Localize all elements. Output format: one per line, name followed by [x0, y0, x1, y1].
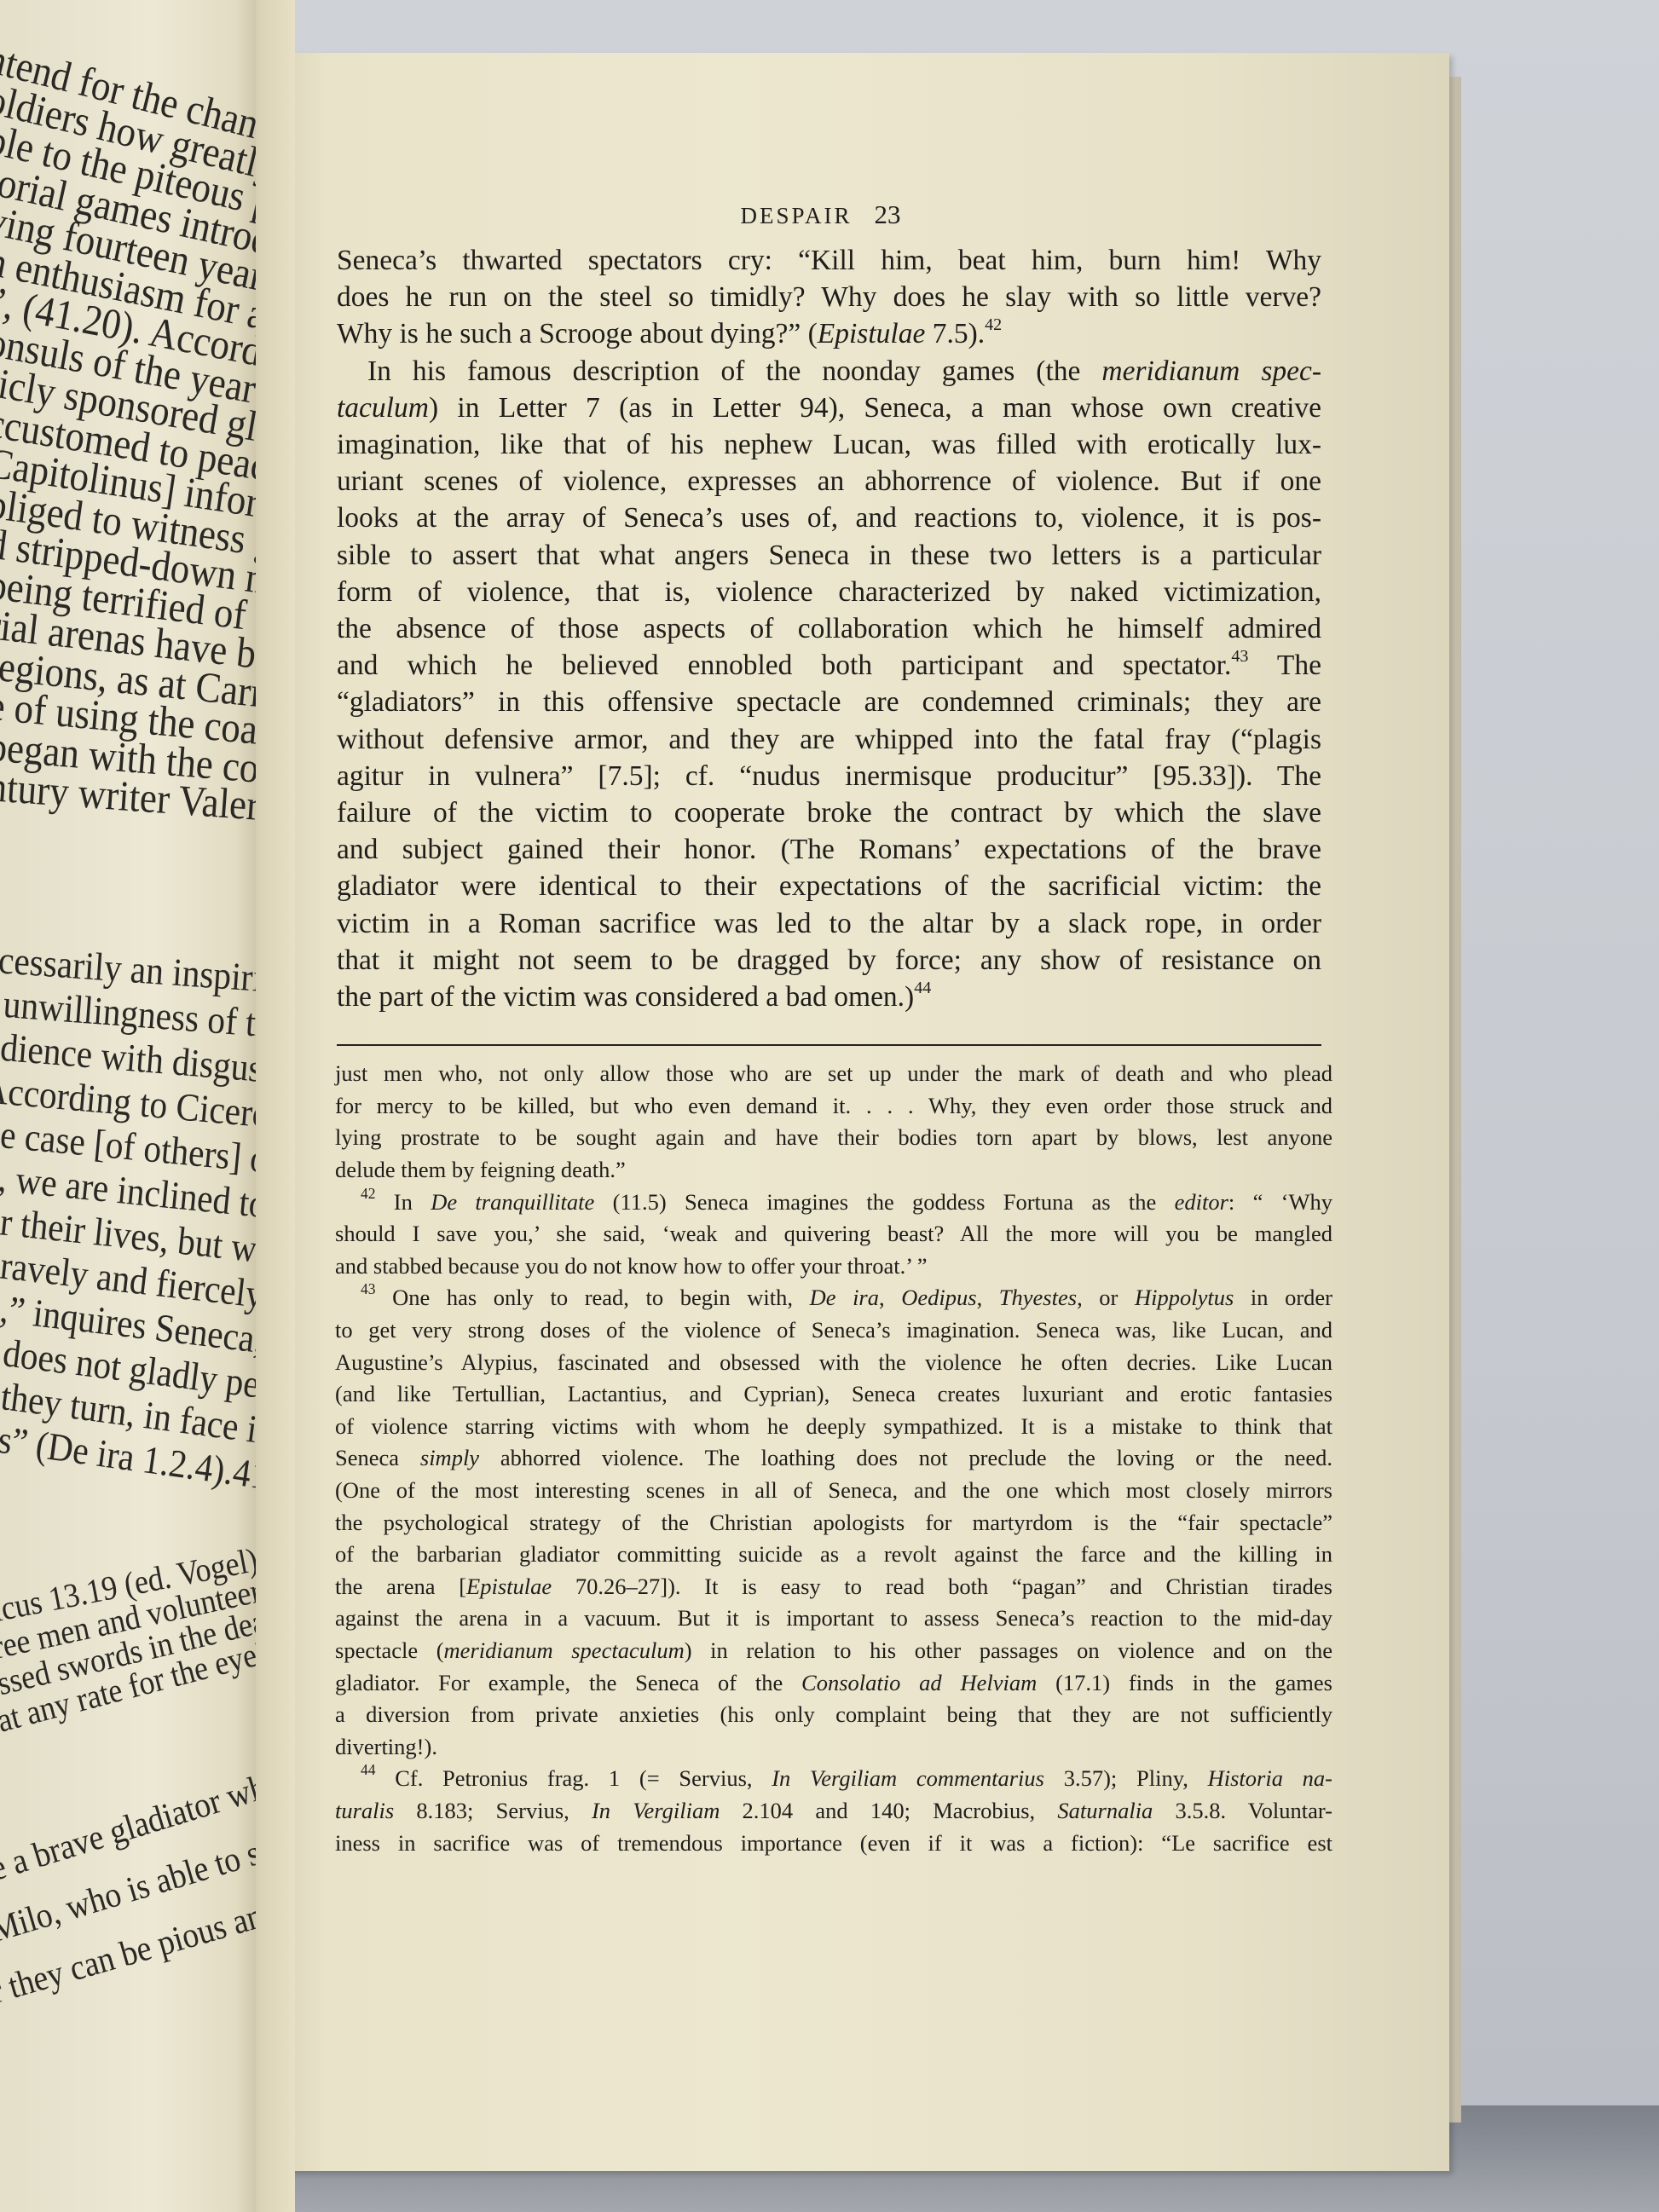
text-line: that it might not seem to be dragged by … [337, 942, 1321, 979]
text-line: and subject gained their honor. (The Rom… [337, 831, 1321, 868]
text-line: looks at the array of Seneca’s uses of, … [337, 500, 1321, 536]
text-line: uriant scenes of violence, expresses an … [337, 463, 1321, 500]
footnote-ref-43[interactable]: 43 [1231, 647, 1248, 666]
footnote-number: 42 [361, 1185, 375, 1202]
work-title: Epistulae [818, 318, 926, 349]
text-line: form of violence, that is, violence char… [337, 574, 1321, 610]
text-line: without defensive armor, and they are wh… [337, 721, 1321, 758]
note-line: of violence starring victims with whom h… [335, 1411, 1332, 1443]
note-line: 42 In De tranquillitate (11.5) Seneca im… [335, 1187, 1332, 1219]
note-line: diverting!). [335, 1731, 1332, 1764]
text-line: Seneca’s thwarted spectators cry: “Kill … [337, 242, 1321, 279]
footnote-ref-42[interactable]: 42 [985, 315, 1002, 334]
text-line: In his famous description of the noonday… [337, 353, 1321, 390]
text-line: gladiator were identical to their expect… [337, 868, 1321, 904]
footnote-ref-44[interactable]: 44 [914, 979, 931, 997]
footnote-41-continued: just men who, not only allow those who a… [335, 1058, 1332, 1186]
note-line: delude them by feigning death.” [335, 1154, 1332, 1187]
note-line: for mercy to be killed, but who even dem… [335, 1090, 1332, 1123]
note-line: of the barbarian gladiator committing su… [335, 1539, 1332, 1571]
left-page: ntend for the chance toldiers how greatl… [0, 0, 256, 2212]
note-line: spectacle (meridianum spectaculum) in re… [335, 1635, 1332, 1667]
text-line: victim in a Roman sacrifice was led to t… [337, 905, 1321, 942]
text-line: agitur in vulnera” [7.5]; cf. “nudus ine… [337, 758, 1321, 794]
paragraph-1: Seneca’s thwarted spectators cry: “Kill … [337, 242, 1321, 353]
text-line: “gladiators” in this offensive spectacle… [337, 684, 1321, 720]
note-line: just men who, not only allow those who a… [335, 1058, 1332, 1090]
note-line: the psychological strategy of the Christ… [335, 1507, 1332, 1539]
note-line: and stabbed because you do not know how … [335, 1250, 1332, 1283]
right-page-text: DESPAIR23 Seneca’s thwarted spectators c… [337, 188, 1321, 1859]
note-line: against the arena in a vacuum. But it is… [335, 1603, 1332, 1635]
text-line: imagination, like that of his nephew Luc… [337, 426, 1321, 463]
text-line: the part of the victim was considered a … [337, 979, 1321, 1015]
footnote-43: 43 One has only to read, to begin with, … [335, 1282, 1332, 1763]
page-block-edge [1449, 77, 1461, 2122]
footnote-number: 43 [361, 1280, 375, 1297]
note-line: to get very strong doses of the violence… [335, 1314, 1332, 1347]
note-line: Augustine’s Alypius, fascinated and obse… [335, 1347, 1332, 1379]
note-line: iness in sacrifice was of tremendous imp… [335, 1828, 1332, 1860]
chapter-title: DESPAIR [740, 203, 852, 228]
text-line: does he run on the steel so timidly? Why… [337, 279, 1321, 315]
footnote-42: 42 In De tranquillitate (11.5) Seneca im… [335, 1187, 1332, 1283]
footnote-number: 44 [361, 1761, 375, 1778]
running-head: DESPAIR23 [320, 188, 1321, 242]
note-line: the arena [Epistulae 70.26–27]). It is e… [335, 1571, 1332, 1603]
note-line: lying prostrate to be sought again and h… [335, 1122, 1332, 1154]
text-line: and which he believed ennobled both part… [337, 647, 1321, 684]
note-line: should I save you,’ she said, ‘weak and … [335, 1218, 1332, 1250]
footnote-44: 44 Cf. Petronius frag. 1 (= Servius, In … [335, 1763, 1332, 1859]
note-line: (and like Tertullian, Lactantius, and Cy… [335, 1378, 1332, 1411]
footnotes: just men who, not only allow those who a… [335, 1058, 1332, 1859]
note-line: 44 Cf. Petronius frag. 1 (= Servius, In … [335, 1763, 1332, 1795]
body-text: Seneca’s thwarted spectators cry: “Kill … [337, 242, 1321, 1015]
text-line: the absence of those aspects of collabor… [337, 610, 1321, 647]
note-line: (One of the most interesting scenes in a… [335, 1475, 1332, 1507]
note-line: turalis 8.183; Servius, In Vergiliam 2.1… [335, 1795, 1332, 1828]
paragraph-2: In his famous description of the noonday… [337, 353, 1321, 1016]
text-line: Why is he such a Scrooge about dying?” (… [337, 315, 1321, 352]
note-line: gladiator. For example, the Seneca of th… [335, 1667, 1332, 1700]
text-line: taculum) in Letter 7 (as in Letter 94), … [337, 390, 1321, 426]
footnote-rule [337, 1044, 1321, 1046]
note-line: Seneca simply abhorred violence. The loa… [335, 1442, 1332, 1475]
note-line: 43 One has only to read, to begin with, … [335, 1282, 1332, 1314]
text-line: failure of the victim to cooperate broke… [337, 794, 1321, 831]
note-line: a diversion from private anxieties (his … [335, 1699, 1332, 1731]
text-line: sible to assert that what angers Seneca … [337, 537, 1321, 574]
page-number: 23 [875, 199, 901, 229]
